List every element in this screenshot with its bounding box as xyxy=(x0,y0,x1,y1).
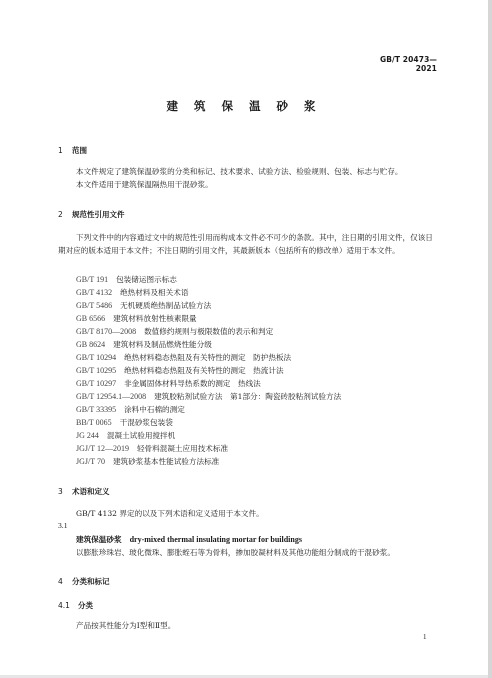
reference-item: JG 244混凝土试验用搅拌机 xyxy=(76,430,175,441)
section-4-heading: 4分类和标记 xyxy=(58,576,110,587)
reference-title: 包装储运图示标志 xyxy=(116,275,177,284)
reference-title: 绝热材料及相关术语 xyxy=(120,288,188,297)
reference-title: 建筑材料放射性核素限量 xyxy=(113,314,197,323)
document-page: GB/T 20473—2021 建 筑 保 温 砂 浆 1范围 本文件规定了建筑… xyxy=(0,0,488,675)
classification-paragraph: 产品按其性能分为Ⅰ型和Ⅱ型。 xyxy=(76,620,175,631)
section-number: 1 xyxy=(58,146,72,155)
section-title: 规范性引用文件 xyxy=(72,210,125,219)
reference-code: GB 8624 xyxy=(76,340,105,349)
reference-code: JGJ/T 12—2019 xyxy=(76,444,129,453)
section-title: 术语和定义 xyxy=(72,487,110,496)
reference-code: GB/T 10297 xyxy=(76,379,116,388)
reference-title: 混凝土试验用搅拌机 xyxy=(107,431,175,440)
subsection-4-1-heading: 4.1分类 xyxy=(58,600,93,611)
reference-code: GB/T 191 xyxy=(76,275,108,284)
reference-title: 干混砂浆包装袋 xyxy=(120,418,173,427)
section-3-heading: 3术语和定义 xyxy=(58,486,110,497)
reference-item: GB/T 10294绝热材料稳态热阻及有关特性的测定 防护热板法 xyxy=(76,352,291,363)
reference-item: GB/T 33395涂料中石棉的测定 xyxy=(76,404,185,415)
section-2-heading: 2规范性引用文件 xyxy=(58,209,125,220)
reference-title: 绝热材料稳态热阻及有关特性的测定 热流计法 xyxy=(124,366,283,375)
reference-item: JGJ/T 70建筑砂浆基本性能试验方法标准 xyxy=(76,456,219,467)
reference-code: GB/T 33395 xyxy=(76,405,116,414)
section-title: 范围 xyxy=(72,146,87,155)
reference-title: 数值修约规则与极限数值的表示和判定 xyxy=(144,327,273,336)
reference-item: GB 6566建筑材料放射性核素限量 xyxy=(76,313,197,324)
clause-number: 3.1 xyxy=(58,521,68,530)
subsection-title: 分类 xyxy=(78,601,93,610)
subsection-number: 4.1 xyxy=(58,601,78,610)
section-title: 分类和标记 xyxy=(72,577,110,586)
document-title: 建 筑 保 温 砂 浆 xyxy=(0,98,488,114)
scrollbar[interactable] xyxy=(488,0,492,678)
reference-code: GB/T 4132 xyxy=(76,288,112,297)
reference-item: GB/T 4132绝热材料及相关术语 xyxy=(76,287,188,298)
reference-item: GB/T 10297非金属固体材料导热系数的测定 热线法 xyxy=(76,378,261,389)
reference-code: JG 244 xyxy=(76,431,99,440)
reference-code: GB/T 10295 xyxy=(76,366,116,375)
reference-title: 非金属固体材料导热系数的测定 热线法 xyxy=(124,379,261,388)
reference-item: GB/T 5486无机硬质绝热制品试验方法 xyxy=(76,300,211,311)
term-chinese: 建筑保温砂浆 xyxy=(76,535,122,544)
section-number: 3 xyxy=(58,487,72,496)
scope-paragraph-1: 本文件规定了建筑保温砂浆的分类和标记、技术要求、试验方法、检验规则、包装、标志与… xyxy=(58,165,438,178)
scope-paragraph-2: 本文件适用于建筑保温隔热用干混砂浆。 xyxy=(58,178,438,191)
reference-item: GB/T 12954.1—2008建筑胶粘剂试验方法 第1部分：陶瓷砖胶粘剂试验… xyxy=(76,391,341,402)
page-number: 1 xyxy=(423,633,427,641)
reference-title: 轻骨料混凝土应用技术标准 xyxy=(137,444,228,453)
reference-item: GB 8624建筑材料及制品燃烧性能分级 xyxy=(76,339,212,350)
reference-title: 绝热材料稳态热阻及有关特性的测定 防护热板法 xyxy=(124,353,291,362)
reference-code: GB/T 8170—2008 xyxy=(76,327,136,336)
reference-item: GB/T 8170—2008数值修约规则与极限数值的表示和判定 xyxy=(76,326,273,337)
reference-item: BB/T 0065干混砂浆包装袋 xyxy=(76,417,173,428)
reference-item: GB/T 191包装储运图示标志 xyxy=(76,274,177,285)
section-1-heading: 1范围 xyxy=(58,145,87,156)
terms-intro: GB/T 4132 界定的以及下列术语和定义适用于本文件。 xyxy=(76,508,264,519)
reference-code: JGJ/T 70 xyxy=(76,457,105,466)
reference-title: 建筑胶粘剂试验方法 第1部分：陶瓷砖胶粘剂试验方法 xyxy=(154,392,341,401)
reference-code: GB/T 12954.1—2008 xyxy=(76,392,146,401)
reference-title: 建筑材料及制品燃烧性能分级 xyxy=(113,340,212,349)
section-number: 2 xyxy=(58,210,72,219)
term-definition: 以膨胀珍珠岩、玻化微珠、膨胀蛭石等为骨料，掺加胶凝材料及其他功能组分制成的干混砂… xyxy=(76,547,395,558)
reference-code: GB 6566 xyxy=(76,314,105,323)
references-intro: 下列文件中的内容通过文中的规范性引用而构成本文件必不可少的条款。其中，注日期的引… xyxy=(58,231,438,257)
reference-code: GB/T 10294 xyxy=(76,353,116,362)
reference-item: JGJ/T 12—2019轻骨料混凝土应用技术标准 xyxy=(76,443,228,454)
term-entry: 建筑保温砂浆dry-mixed thermal insulating morta… xyxy=(76,534,302,545)
reference-code: GB/T 5486 xyxy=(76,301,112,310)
term-english: dry-mixed thermal insulating mortar for … xyxy=(130,535,302,544)
reference-item: GB/T 10295绝热材料稳态热阻及有关特性的测定 热流计法 xyxy=(76,365,284,376)
standard-code: GB/T 20473—2021 xyxy=(364,55,437,73)
reference-code: BB/T 0065 xyxy=(76,418,112,427)
reference-title: 无机硬质绝热制品试验方法 xyxy=(120,301,211,310)
reference-title: 涂料中石棉的测定 xyxy=(124,405,185,414)
reference-title: 建筑砂浆基本性能试验方法标准 xyxy=(113,457,219,466)
section-number: 4 xyxy=(58,577,72,586)
